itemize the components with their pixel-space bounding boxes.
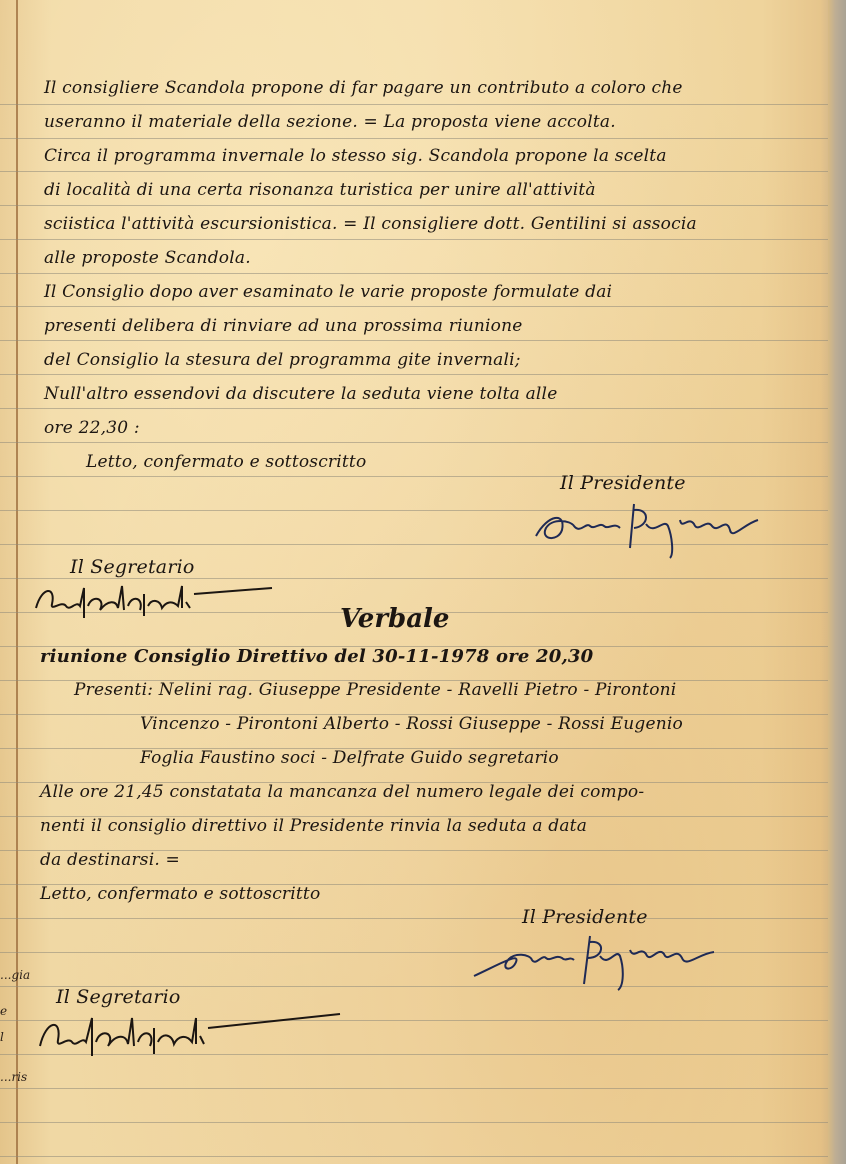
ruled-line (0, 918, 828, 919)
minutes-line: Circa il programma invernale lo stesso s… (44, 146, 667, 166)
ruled-line (0, 306, 828, 307)
president-label: Il Presidente (560, 472, 686, 494)
ledger-page: Il consigliere Scandola propone di far p… (0, 0, 846, 1164)
page-edge-shadow (828, 0, 846, 1164)
secretary-label: Il Segretario (70, 556, 195, 578)
edge-fragment: l (0, 1030, 4, 1044)
secretary-label: Il Segretario (56, 986, 181, 1008)
verbale-title: Verbale (340, 604, 449, 634)
minutes-line: sciistica l'attività escursionistica. = … (44, 214, 697, 234)
closing-formula: Letto, confermato e sottoscritto (40, 884, 320, 904)
minutes-line: Null'altro essendovi da discutere la sed… (44, 384, 557, 404)
minutes-line: Il consigliere Scandola propone di far p… (44, 78, 683, 98)
ruled-line (0, 408, 828, 409)
minutes-line: Alle ore 21,45 constatata la mancanza de… (40, 782, 644, 802)
minutes-line: del Consiglio la stesura del programma g… (44, 350, 521, 370)
margin-line (16, 0, 18, 1164)
ruled-line (0, 104, 828, 105)
ruled-line (0, 340, 828, 341)
ruled-line (0, 442, 828, 443)
edge-fragment: ...gia (0, 968, 30, 982)
minutes-line: nenti il consiglio direttivo il Presiden… (40, 816, 587, 836)
ruled-line (0, 1088, 828, 1089)
secretary-signature-2 (36, 1010, 356, 1060)
minutes-line: da destinarsi. = (40, 850, 180, 870)
meeting-subtitle: riunione Consiglio Direttivo del 30-11-1… (40, 646, 593, 667)
edge-fragment: ...ris (0, 1070, 27, 1084)
closing-formula: Letto, confermato e sottoscritto (86, 452, 366, 472)
ruled-line (0, 1156, 828, 1157)
president-label: Il Presidente (522, 906, 648, 928)
minutes-line: ore 22,30 : (44, 418, 140, 438)
ruled-line (0, 1122, 828, 1123)
ruled-line (0, 171, 828, 172)
ruled-line (0, 138, 828, 139)
attendees-line: Presenti: Nelini rag. Giuseppe President… (74, 680, 676, 700)
minutes-line: alle proposte Scandola. (44, 248, 251, 268)
president-signature-2 (470, 928, 730, 992)
minutes-line: presenti delibera di rinviare ad una pro… (44, 316, 523, 336)
attendees-line: Foglia Faustino soci - Delfrate Guido se… (140, 748, 559, 768)
ruled-line (0, 374, 828, 375)
ruled-line (0, 273, 828, 274)
ruled-line (0, 205, 828, 206)
ruled-line (0, 578, 828, 579)
minutes-line: useranno il materiale della sezione. = L… (44, 112, 616, 132)
president-signature-1 (530, 500, 770, 560)
ruled-line (0, 239, 828, 240)
attendees-line: Vincenzo - Pirontoni Alberto - Rossi Giu… (140, 714, 683, 734)
minutes-line: di località di una certa risonanza turis… (44, 180, 596, 200)
ruled-line (0, 476, 828, 477)
secretary-signature-1 (32, 580, 282, 620)
minutes-line: Il Consiglio dopo aver esaminato le vari… (44, 282, 612, 302)
edge-fragment: e (0, 1004, 7, 1018)
